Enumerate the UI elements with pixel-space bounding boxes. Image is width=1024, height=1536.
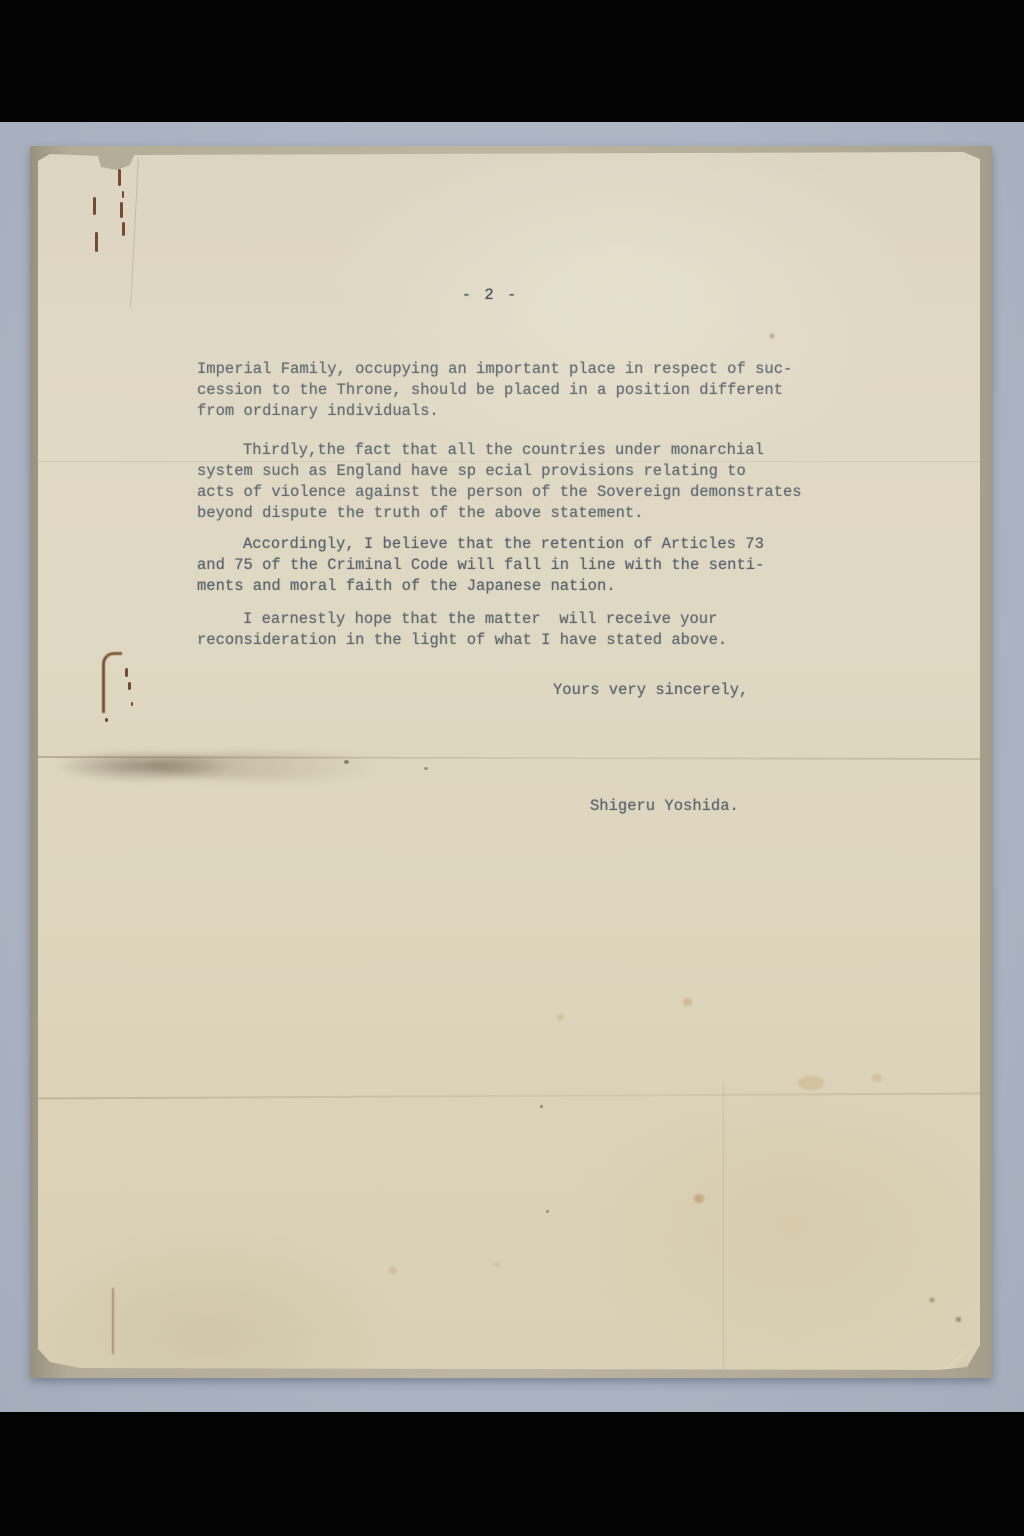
foxing-spot	[494, 1262, 500, 1267]
rust-streak	[95, 232, 98, 252]
foxing-spot	[389, 1267, 397, 1274]
letterbox-bottom	[0, 1412, 1024, 1536]
closing-salutation: Yours very sincerely,	[553, 680, 748, 701]
foxing-spot	[557, 1014, 564, 1020]
rust-streak	[118, 169, 121, 186]
rust-streak	[120, 202, 123, 218]
typed-line: and 75 of the Criminal Code will fall in…	[197, 555, 764, 576]
crease-vertical-top-left	[130, 158, 139, 308]
typed-line: ments and moral faith of the Japanese na…	[197, 576, 764, 597]
typed-line: I earnestly hope that the matter will re…	[197, 609, 727, 630]
typed-line: system such as England have sp ecial pro…	[197, 461, 802, 482]
rust-dot	[105, 718, 108, 722]
letter-page: - 2 - Imperial Family, occupying an impo…	[38, 152, 980, 1370]
rust-streak	[93, 197, 96, 215]
signature-name: Shigeru Yoshida.	[590, 796, 739, 817]
ink-speck	[540, 1105, 543, 1108]
typed-line: reconsideration in the light of what I h…	[197, 630, 727, 651]
letterbox-top	[0, 0, 1024, 122]
typed-line: cession to the Throne, should be placed …	[197, 380, 792, 401]
typed-line: from ordinary individuals.	[197, 401, 792, 422]
paragraph-3: Accordingly, I believe that the retentio…	[197, 534, 764, 597]
paragraph-2: Thirdly,the fact that all the countries …	[197, 440, 802, 524]
smudge-speck	[344, 760, 349, 764]
smudge-speck	[424, 767, 428, 770]
typed-line: Accordingly, I believe that the retentio…	[197, 534, 764, 555]
crease-vertical-bottom	[723, 1082, 724, 1370]
corner-fold-flap	[943, 1348, 967, 1370]
rust-dot	[131, 702, 133, 706]
typed-line: Thirdly,the fact that all the countries …	[197, 440, 802, 461]
paragraph-1: Imperial Family, occupying an important …	[197, 359, 792, 422]
foxing-spot	[694, 1194, 704, 1203]
ink-speck	[546, 1210, 549, 1213]
foxing-spot	[956, 1317, 961, 1322]
typed-line: acts of violence against the person of t…	[197, 482, 802, 503]
smudge-stain-core	[18, 744, 268, 788]
rust-streak	[122, 191, 124, 198]
scanner-backdrop: - 2 - Imperial Family, occupying an impo…	[0, 122, 1024, 1412]
typed-line: Imperial Family, occupying an important …	[197, 359, 792, 380]
smudge-stain-tail	[148, 752, 408, 780]
foxing-spot	[872, 1074, 882, 1082]
foxing-spot	[930, 1298, 934, 1302]
foxing-spot	[683, 998, 692, 1006]
fold-line-lower	[38, 1093, 980, 1100]
rust-dot	[128, 682, 131, 690]
fold-line-middle	[38, 756, 980, 760]
typed-line: beyond dispute the truth of the above st…	[197, 503, 802, 524]
rust-line-bottom-left	[112, 1288, 114, 1354]
rust-streak	[122, 222, 125, 236]
rust-dot	[125, 668, 128, 677]
rust-hook-mark	[102, 652, 122, 713]
page-number: - 2 -	[440, 285, 540, 306]
paragraph-4: I earnestly hope that the matter will re…	[197, 609, 727, 651]
foxing-spot	[798, 1076, 824, 1090]
scanned-letter-viewport: - 2 - Imperial Family, occupying an impo…	[0, 0, 1024, 1536]
foxing-spot	[770, 334, 774, 338]
